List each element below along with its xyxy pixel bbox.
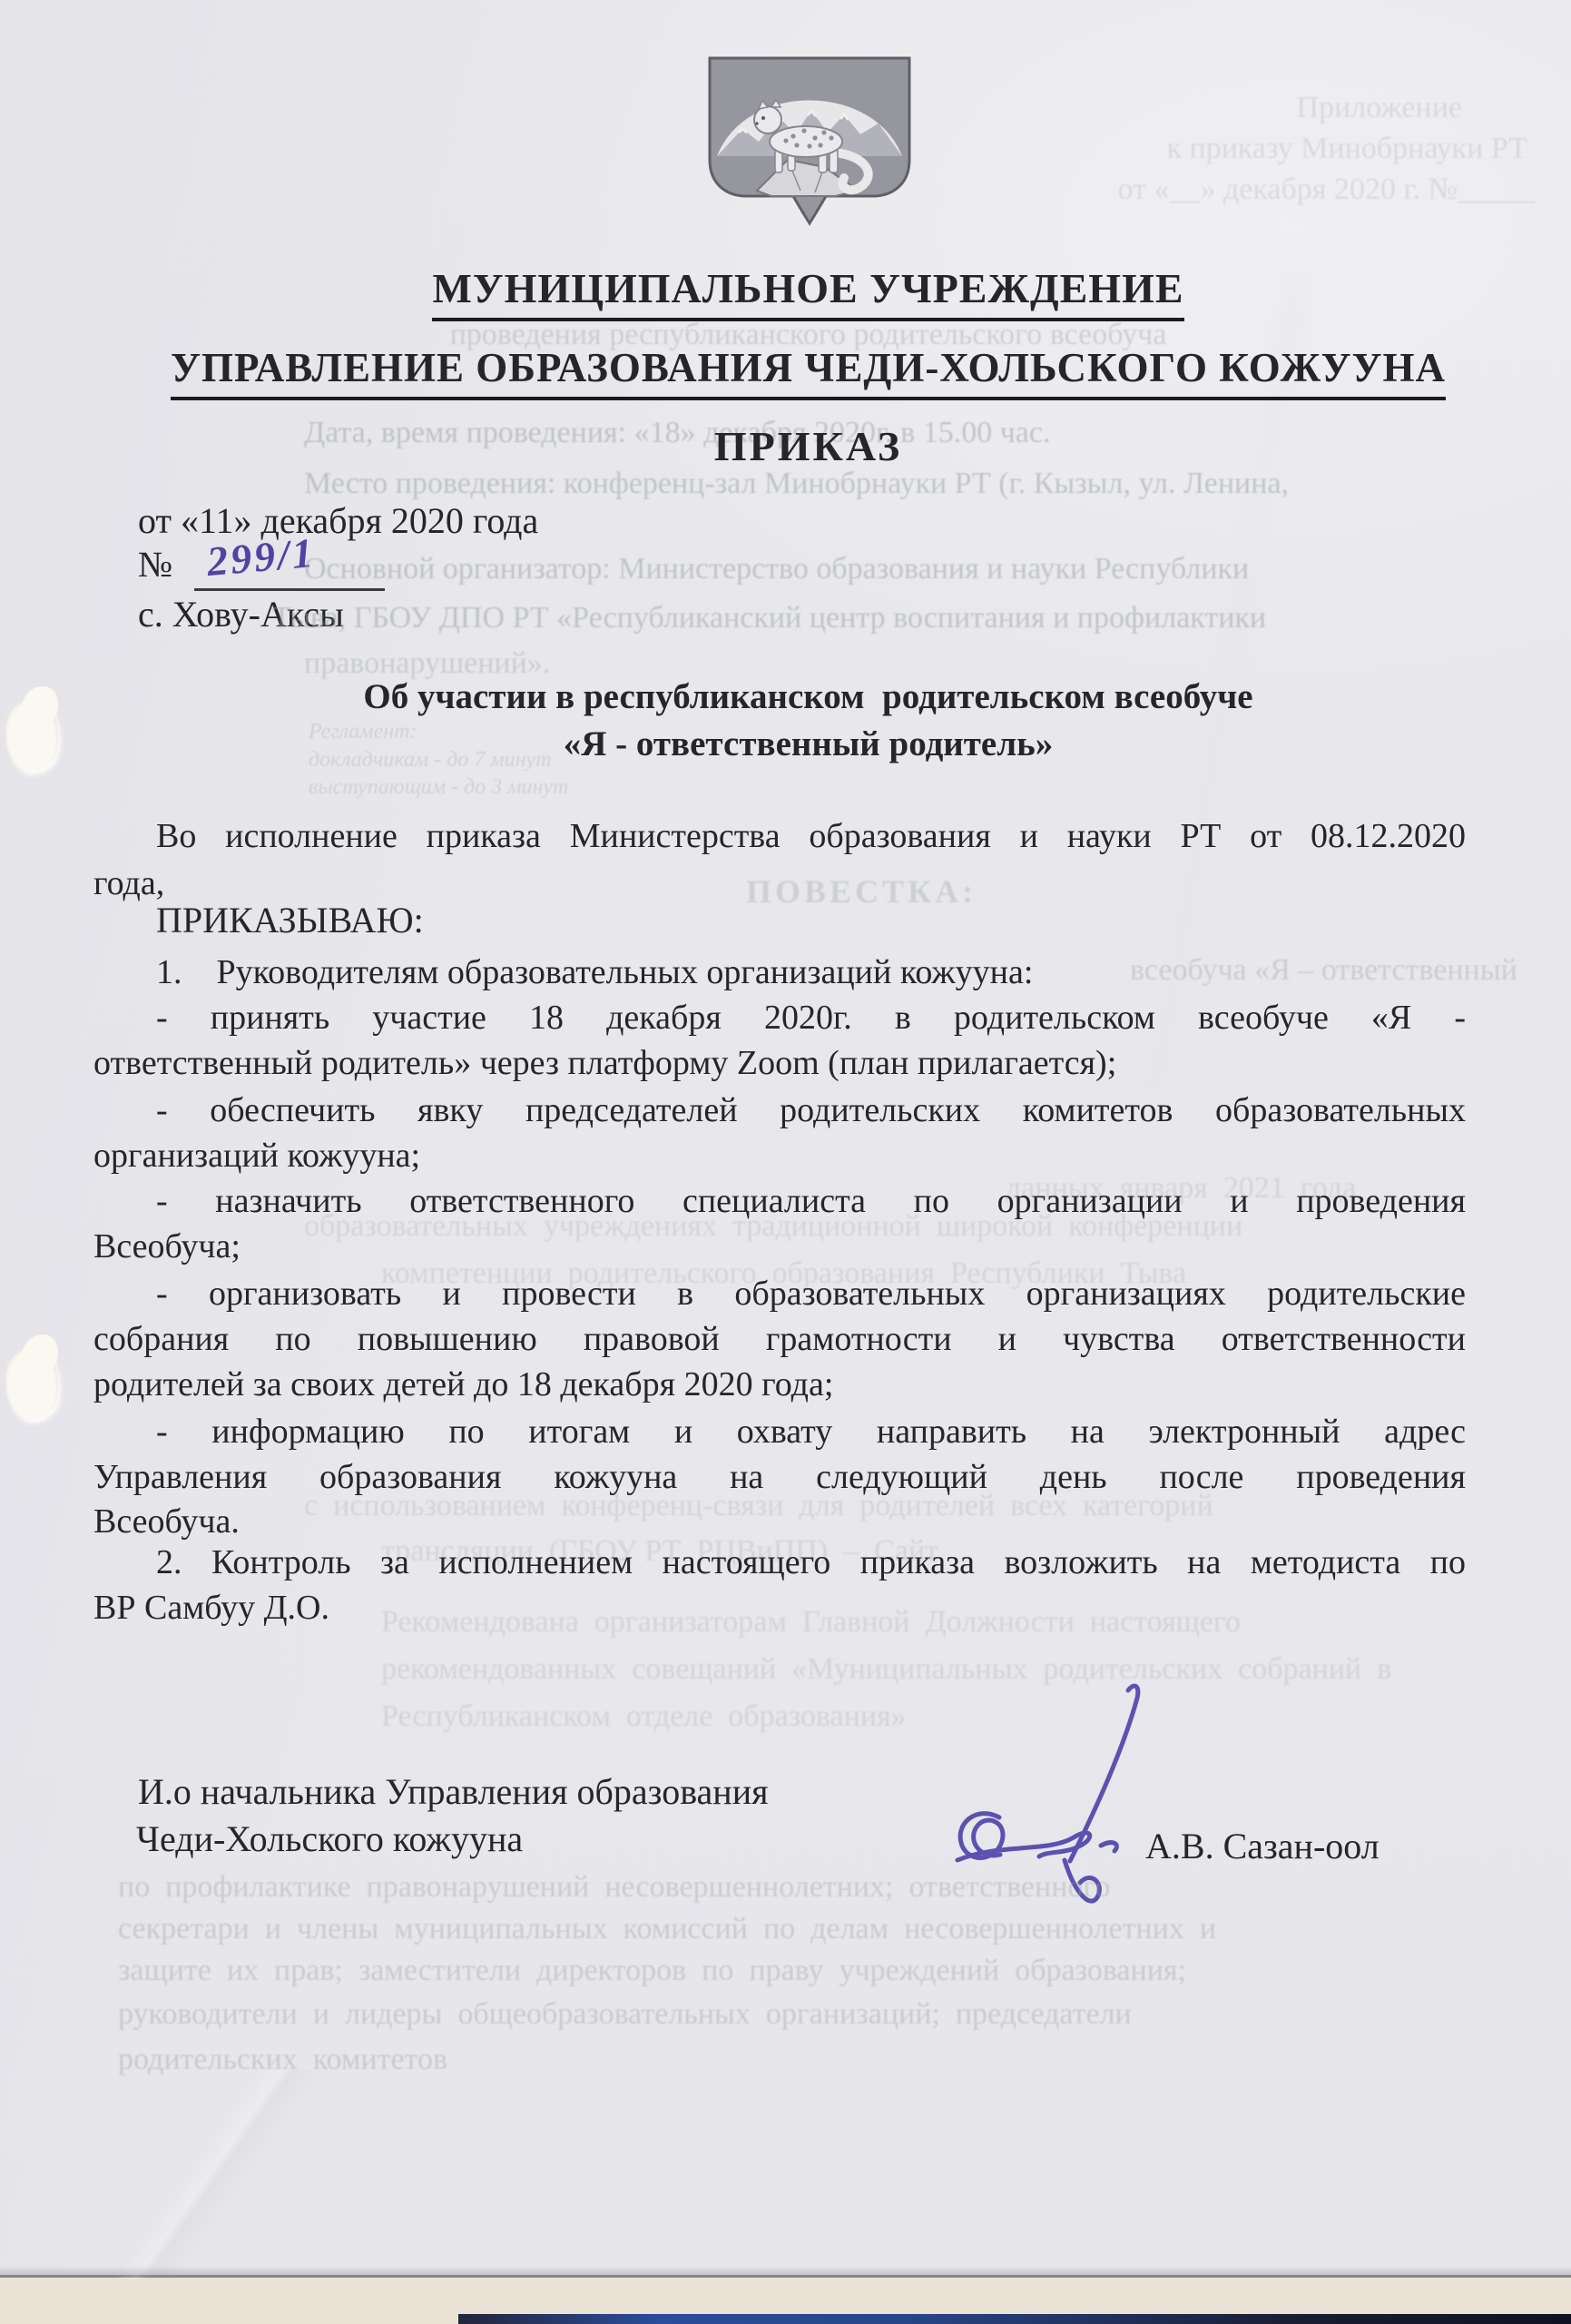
body-line: ПРИКАЗЫВАЮ: — [156, 901, 424, 941]
order-number-label: № — [138, 545, 172, 586]
body-line: организаций кожууна; — [93, 1137, 420, 1176]
order-title-line2: «Я - ответственный родитель» — [23, 724, 1571, 764]
body-line: - информацию по итогам и охвату направит… — [156, 1413, 1466, 1452]
bleed-line: руководители и лидеры общеобразовательны… — [118, 1997, 1132, 2032]
signer-post-line1: И.о начальника Управления образования — [138, 1772, 769, 1813]
bleed-line: Основной организатор: Министерство образ… — [304, 552, 1249, 586]
body-line: Всеобуча; — [93, 1227, 241, 1266]
bleed-agenda-heading: ПОВЕСТКА: — [746, 873, 977, 910]
body-line: Во исполнение приказа Министерства образ… — [156, 817, 1466, 856]
body-line: года, — [93, 864, 164, 903]
body-line: - организовать и провести в образователь… — [156, 1275, 1466, 1314]
bleed-line: выступающим - до 3 минут — [309, 775, 568, 800]
bleed-line: Тыва, ГБОУ ДПО РТ «Республиканский центр… — [272, 601, 1266, 635]
order-date: от «11» декабря 2020 года — [138, 501, 538, 542]
org-name-line2: УПРАВЛЕНИЕ ОБРАЗОВАНИЯ ЧЕДИ-ХОЛЬСКОГО КО… — [23, 345, 1571, 390]
order-number-handwritten: 299/1 — [205, 529, 318, 586]
bleed-line: образовательных учреждениях традиционной… — [304, 1209, 1242, 1244]
punch-hole-bottom — [5, 1345, 58, 1420]
coat-of-arms-icon — [699, 54, 920, 229]
body-line: 2. Контроль за исполнением настоящего пр… — [156, 1543, 1466, 1582]
bleed-line: правонарушений». — [304, 646, 550, 681]
number-underline — [194, 588, 385, 591]
bleed-line: докладчикам - до 7 минут — [309, 748, 551, 773]
body-line: - обеспечить явку председателей родитель… — [156, 1091, 1466, 1130]
bleed-line: по профилактике правонарушений несоверше… — [118, 1870, 1111, 1905]
bleed-appendix-line: Приложение — [1297, 91, 1462, 125]
bleed-line: рекомендованных совещаний «Муниципальных… — [381, 1652, 1391, 1687]
body-line: ВР Самбуу Д.О. — [93, 1589, 329, 1628]
bleed-appendix-line: от «__» декабря 2020 г. №_____ — [1118, 172, 1535, 207]
scanner-edge-band — [458, 2314, 1571, 2324]
punch-hole-top — [5, 697, 58, 772]
bleed-line: Регламент: — [309, 720, 417, 744]
bleed-line: с использованием конференц-связи для род… — [304, 1489, 1213, 1523]
order-title-line1: Об участии в республиканском родительско… — [23, 677, 1571, 717]
paper-bottom-shadow — [0, 2266, 1571, 2277]
body-line: родителей за своих детей до 18 декабря 2… — [93, 1365, 833, 1404]
bleed-line: Рекомендована организаторам Главной Долж… — [381, 1605, 1241, 1640]
bleed-line: секретари и члены муниципальных комиссий… — [118, 1912, 1216, 1946]
bleed-line: Место проведения: конференц-зал Минобрна… — [304, 467, 1289, 501]
doc-type: ПРИКАЗ — [23, 423, 1571, 470]
bleed-appendix-line: к приказу Минобрнауки РТ — [1166, 132, 1527, 166]
body-line: - принять участие 18 декабря 2020г. в ро… — [156, 999, 1466, 1038]
bleed-line: родительских комитетов — [118, 2043, 447, 2077]
body-line: собрания по повышению правовой грамотнос… — [93, 1320, 1466, 1359]
signer-post-line2: Чеди-Хольского кожууна — [136, 1819, 523, 1860]
bleed-line: защите их прав; заместители директоров п… — [118, 1954, 1186, 1988]
bleed-line: всеобуча «Я – ответственный — [1130, 953, 1517, 988]
org-name-line1: МУНИЦИПАЛЬНОЕ УЧРЕЖДЕНИЕ — [23, 265, 1571, 312]
body-line: Всеобуча. — [93, 1502, 240, 1541]
body-line: 1. Руководителям образовательных организ… — [156, 953, 1033, 992]
bleed-line: Республиканском отделе образования» — [381, 1699, 907, 1734]
body-line: ответственный родитель» через платформу … — [93, 1044, 1116, 1083]
